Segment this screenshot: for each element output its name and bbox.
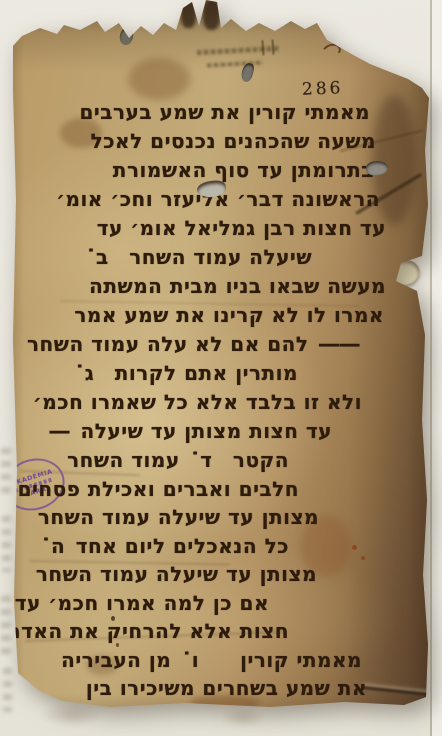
text-line: חצות אלא להרחיק את האדם: [7, 619, 289, 643]
text-line: מאמתי קורין את שמע בערבים: [79, 100, 370, 124]
hole: [146, 16, 157, 31]
text-line: מצותן עד שיעלה עמוד השחר: [36, 562, 317, 586]
manuscript-page: 286 AKADÉMIA TÁRA מאמתי קורין את שמע בער…: [0, 0, 442, 736]
text-line: בתרומתן עד סוף האשמורת: [113, 158, 374, 182]
text-line: את שמע בשחרים משיכירו בין: [86, 676, 367, 700]
photo-background: 286 AKADÉMIA TÁRA מאמתי קורין את שמע בער…: [0, 0, 442, 736]
text-line: ―― להם אם לא עלה עמוד השחר: [27, 332, 360, 356]
text-line: כל הנאכלים ליום אחד ה̇: [51, 534, 289, 558]
parchment-surface: 286 AKADÉMIA TÁRA מאמתי קורין את שמע בער…: [0, 0, 442, 736]
mishnah-text-block: מאמתי קורין את שמע בערביםמשעה שהכהנים נכ…: [0, 0, 442, 736]
text-line: מצותן עד שיעלה עמוד השחר: [38, 505, 319, 529]
text-line: אמרו לו לא קרינו את שמע אמר: [74, 303, 384, 327]
text-line: אם כן למה אמרו חכמ׳ עד ו̇: [0, 591, 269, 615]
text-line: משעה שהכהנים נכנסים לאכל: [91, 129, 376, 153]
text-line: מאמתי קורין ו̇ מן העביריה: [61, 648, 362, 672]
text-line: הקטר ד̇ עמוד השחר: [67, 448, 289, 472]
text-line: עד חצות מצותן עד שיעלה ―: [50, 419, 332, 443]
text-line: מעשה שבאו בניו מבית המשתה: [89, 274, 386, 298]
text-line: שיעלה עמוד השחר ב̇: [96, 245, 312, 269]
text-line: חלבים ואברים ואכילת פסחים: [18, 477, 299, 501]
text-line: עד חצות רבן גמליאל אומ׳ עד: [97, 216, 386, 240]
text-line: מותרין אתם לקרות ג̇: [85, 361, 298, 385]
text-line: ולא זו בלבד אלא כל שאמרו חכמ׳: [33, 390, 362, 414]
